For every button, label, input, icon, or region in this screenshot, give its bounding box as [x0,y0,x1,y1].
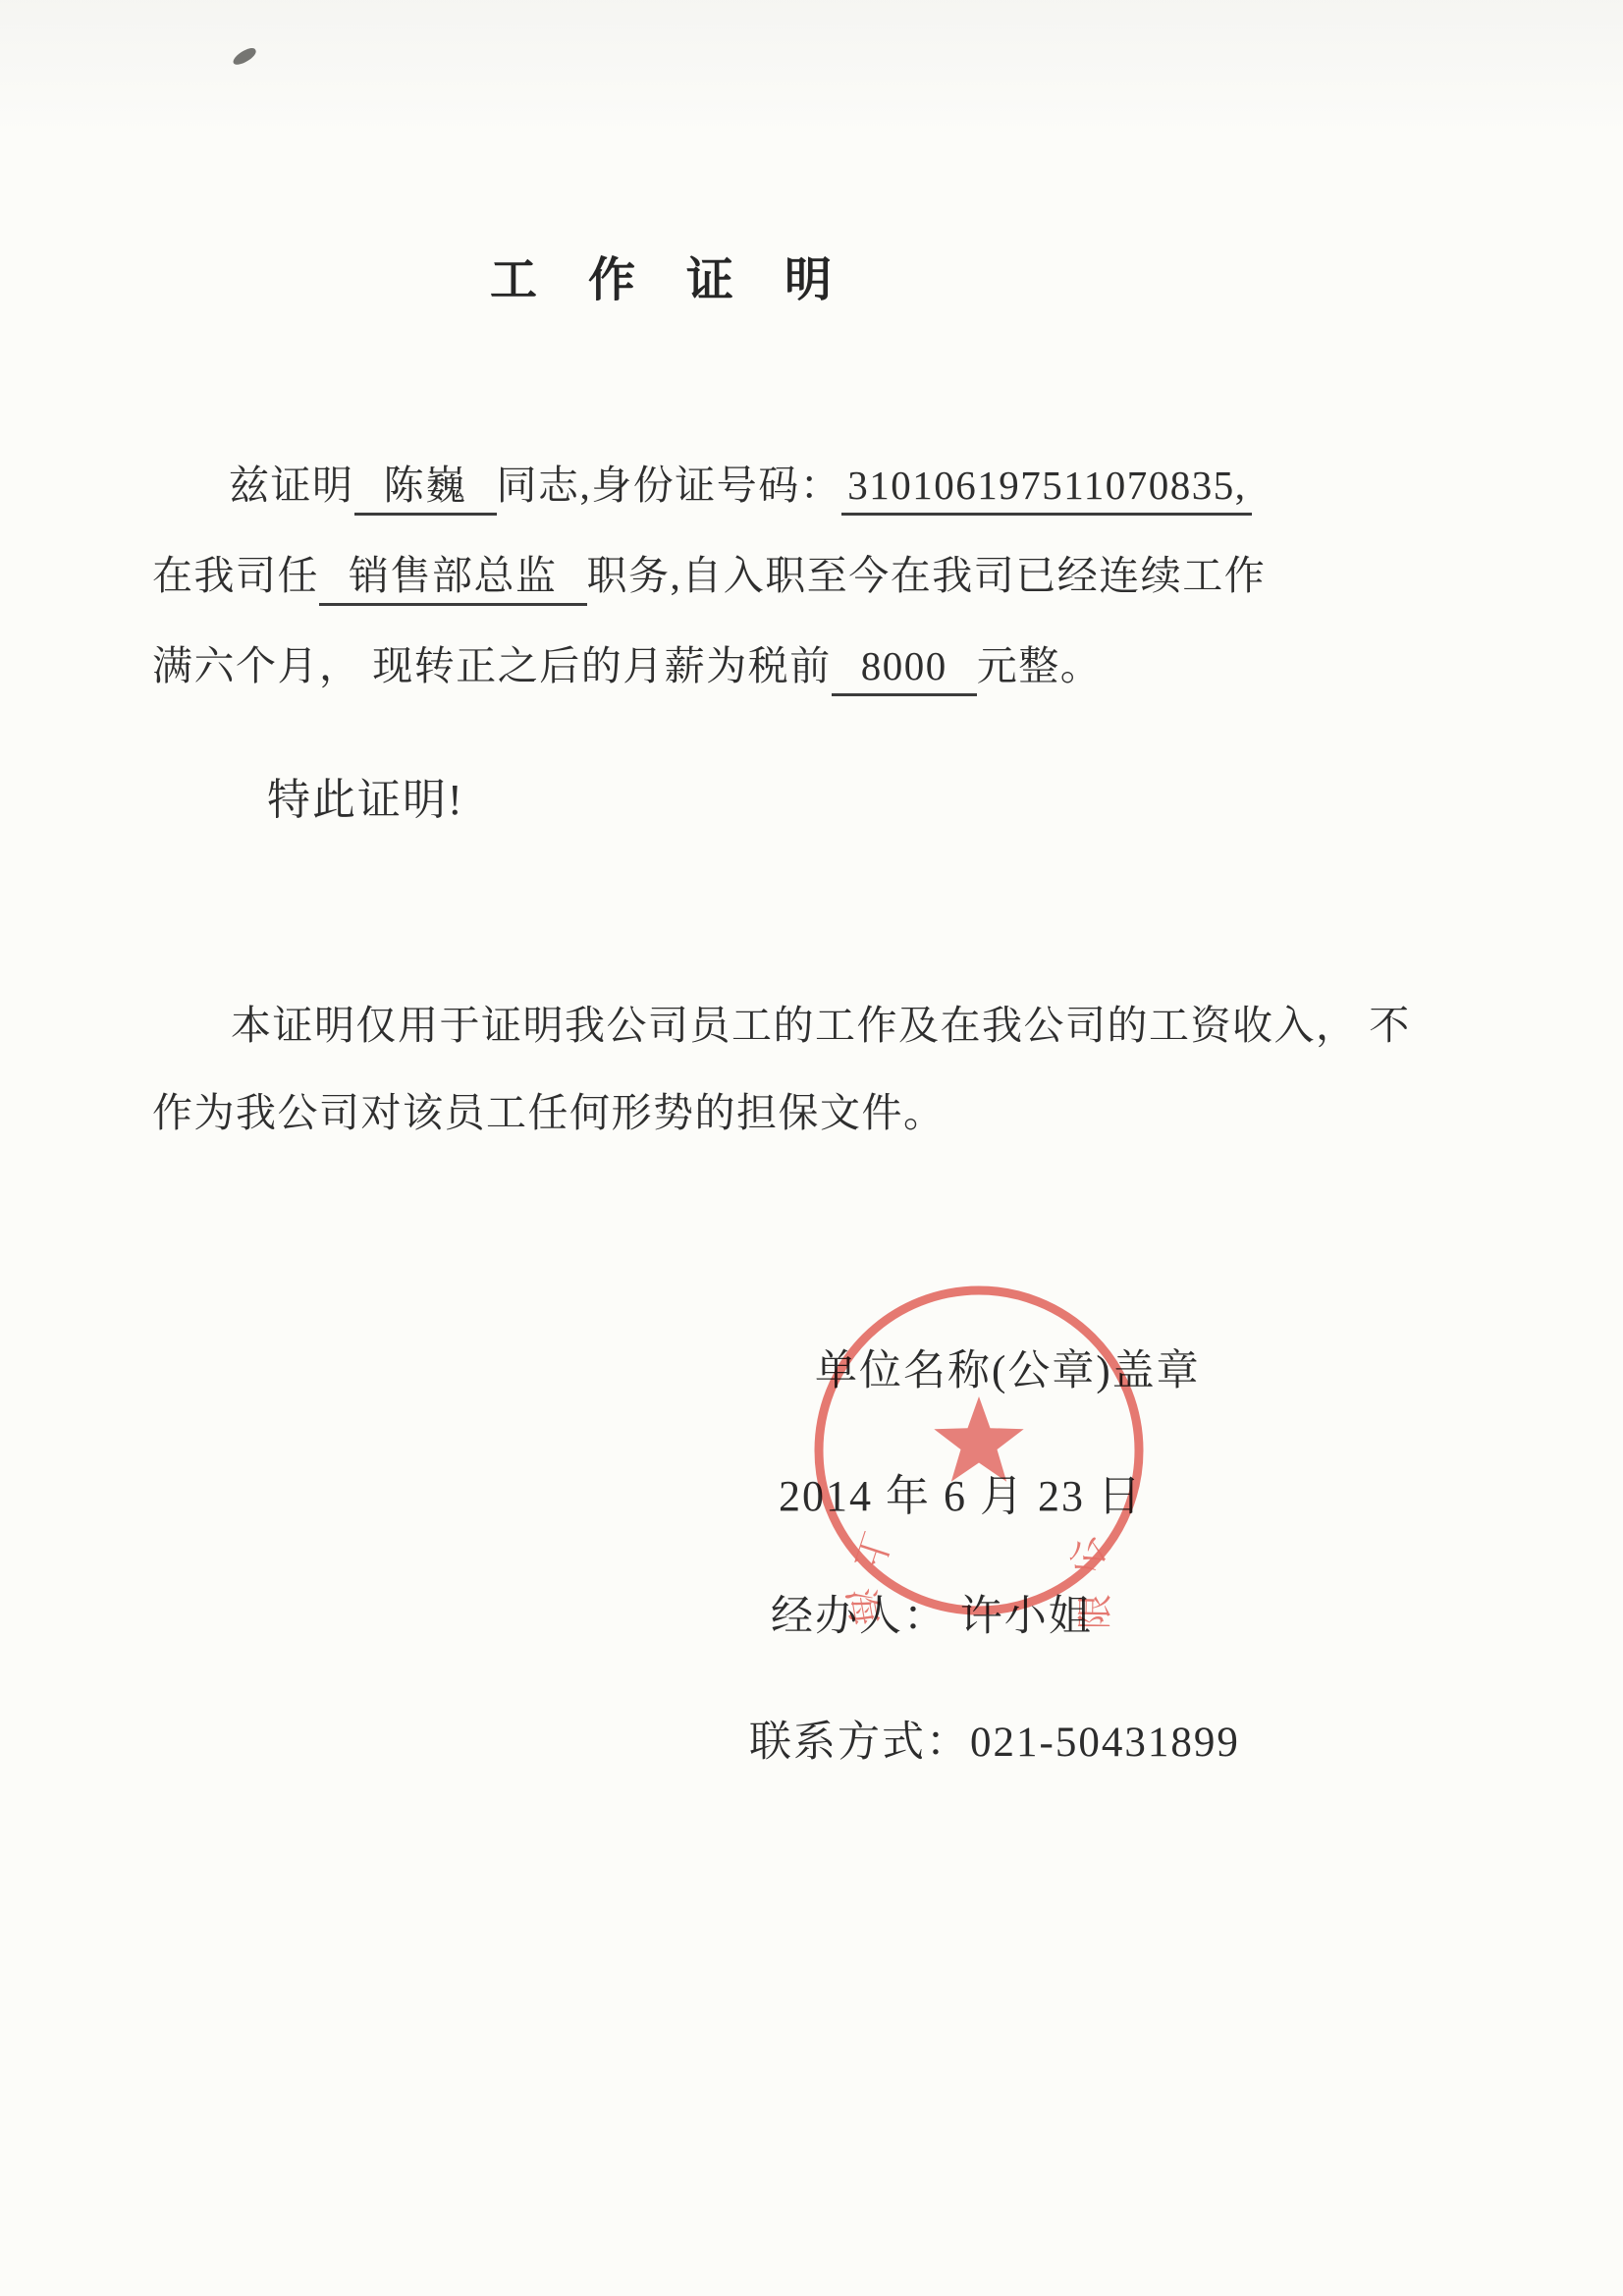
salary-underlined: 8000 [832,641,977,696]
company-stamp-graphic: 上海兆光实业有限公司 [803,1275,1155,1626]
document-title: 工 作 证 明 [0,242,1341,309]
disclaimer-paragraph: 本证明仅用于证明我公司员工的工作及在我公司的工资收入， 不 作为我公司对该员工任… [152,982,1271,1157]
para1-line3-suffix: 元整。 [977,643,1103,688]
id-number-underlined: 310106197511070835, [841,461,1252,516]
certificate-line-2: 在我司任销售部总监职务,自入职至今在我司已经连续工作 [152,530,1271,621]
certificate-line-1: 兹证明陈巍同志,身份证号码：310106197511070835, [152,440,1271,530]
para1-line3-prefix: 满六个月， 现转正之后的月薪为税前 [152,643,832,688]
closing-statement: 特此证明! [267,764,464,827]
disclaimer-line-1: 本证明仅用于证明我公司员工的工作及在我公司的工资收入， 不 [152,982,1271,1069]
para1-line2-prefix: 在我司任 [152,553,319,598]
stamp-company-name: 上海兆光实业有限公司 [803,1275,1117,1626]
handler-name: 经办人： 许小姐 [771,1583,1093,1643]
stamp-company-name-text: 上海兆光实业有限公司 [803,1275,1117,1626]
employee-name-underlined: 陈巍 [354,461,497,516]
disclaimer-line-2: 作为我公司对该员工任何形势的担保文件。 [152,1069,1271,1157]
certificate-date: 2014 年 6 月 23 日 [779,1460,1143,1523]
company-seal-label: 单位名称(公章)盖章 [815,1338,1201,1397]
certificate-line-3: 满六个月， 现转正之后的月薪为税前8000元整。 [152,621,1271,711]
job-position-underlined: 销售部总监 [319,551,587,606]
para1-prefix: 兹证明 [229,463,354,508]
certificate-paragraph: 兹证明陈巍同志,身份证号码：310106197511070835, 在我司任销售… [152,440,1271,711]
para1-line2-suffix: 职务,自入职至今在我司已经连续工作 [587,553,1267,598]
work-certificate-document: 工 作 证 明 兹证明陈巍同志,身份证号码：310106197511070835… [0,0,1623,2296]
contact-phone: 联系方式：021-50431899 [749,1709,1240,1769]
company-stamp: 上海兆光实业有限公司 [803,1275,1155,1626]
para1-after-name: 同志,身份证号码： [497,463,842,508]
scan-artifact-speck [231,46,258,68]
